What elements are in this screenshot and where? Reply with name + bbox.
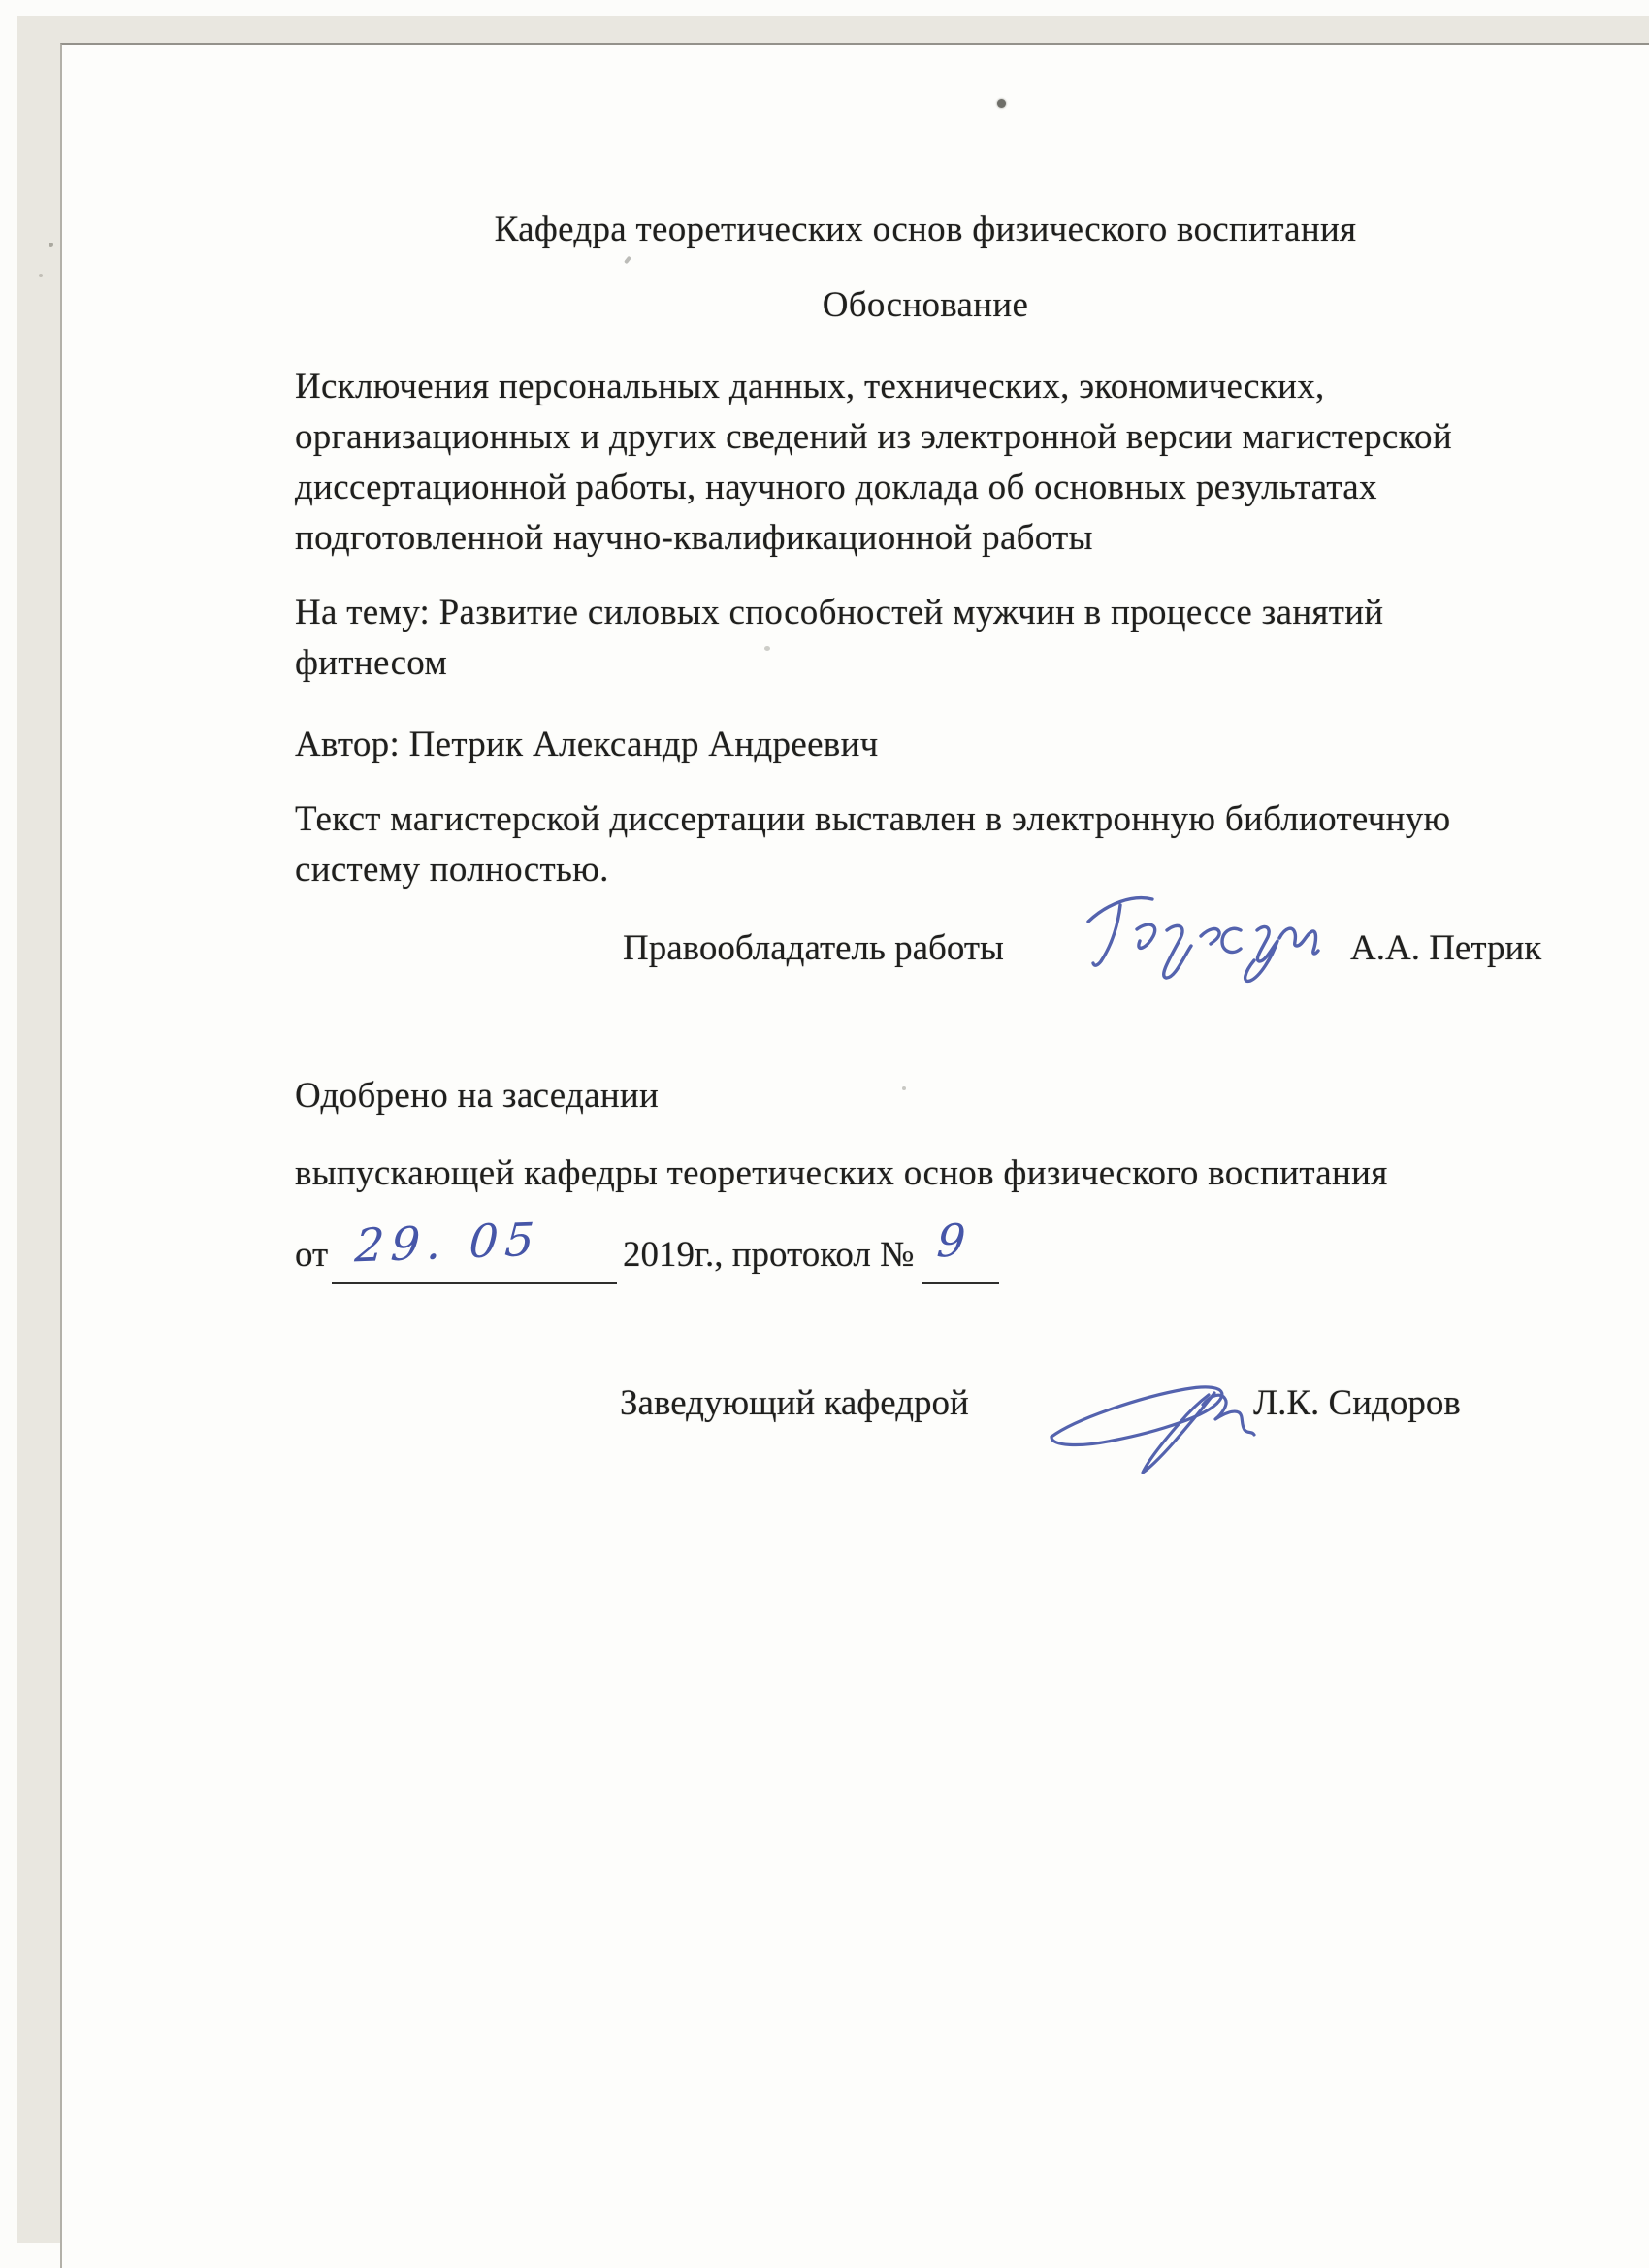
document-page: Кафедра теоретических основ физического … bbox=[60, 43, 1649, 2268]
signature-rightsholder-petrik bbox=[1077, 887, 1321, 988]
document-heading: Обоснование bbox=[295, 280, 1556, 331]
rightsholder-row: Правообладатель работы А.А. Петрик bbox=[295, 923, 1614, 1050]
handwritten-protocol-number: 9 bbox=[935, 1214, 967, 1267]
approved-line: Одобрено на заседании bbox=[295, 1071, 659, 1121]
date-prefix: от bbox=[295, 1230, 328, 1280]
department-title: Кафедра теоретических основ физического … bbox=[295, 205, 1556, 255]
library-statement: Текст магистерской диссертации выставлен… bbox=[295, 794, 1585, 895]
scan-speck-mid bbox=[764, 646, 770, 651]
date-protocol-row: от 29. 05 2019г., протокол № 9 bbox=[295, 1230, 1168, 1322]
handwritten-date: 29. 05 bbox=[353, 1214, 542, 1274]
rightsholder-name: А.А. Петрик bbox=[1350, 923, 1541, 974]
head-of-department-name: Л.К. Сидоров bbox=[1253, 1378, 1461, 1429]
approved-department-line: выпускающей кафедры теоретических основ … bbox=[295, 1149, 1388, 1199]
scan-speck-right bbox=[902, 1086, 906, 1090]
head-of-department-row: Заведующий кафедрой Л.К. Сидоров bbox=[295, 1378, 1614, 1543]
signature-head-sidorov bbox=[1048, 1373, 1259, 1477]
date-underline bbox=[332, 1282, 617, 1284]
author-line: Автор: Петрик Александр Андреевич bbox=[295, 720, 879, 770]
scan-speck-left-margin bbox=[48, 243, 53, 247]
protocol-number-underline bbox=[921, 1282, 999, 1284]
scan-speck-left-margin-2 bbox=[39, 274, 43, 277]
scanned-document: { "colors": { "ink": "#4656a8", "text": … bbox=[0, 0, 1649, 2268]
topic-paragraph: На тему: Развитие силовых способностей м… bbox=[295, 588, 1585, 689]
head-of-department-label: Заведующий кафедрой bbox=[620, 1378, 969, 1429]
exclusion-paragraph: Исключения персональных данных, техничес… bbox=[295, 362, 1585, 564]
year-protocol-label: 2019г., протокол № bbox=[623, 1230, 914, 1280]
rightsholder-label: Правообладатель работы bbox=[623, 923, 1004, 974]
scan-speck-top-center bbox=[997, 99, 1006, 108]
